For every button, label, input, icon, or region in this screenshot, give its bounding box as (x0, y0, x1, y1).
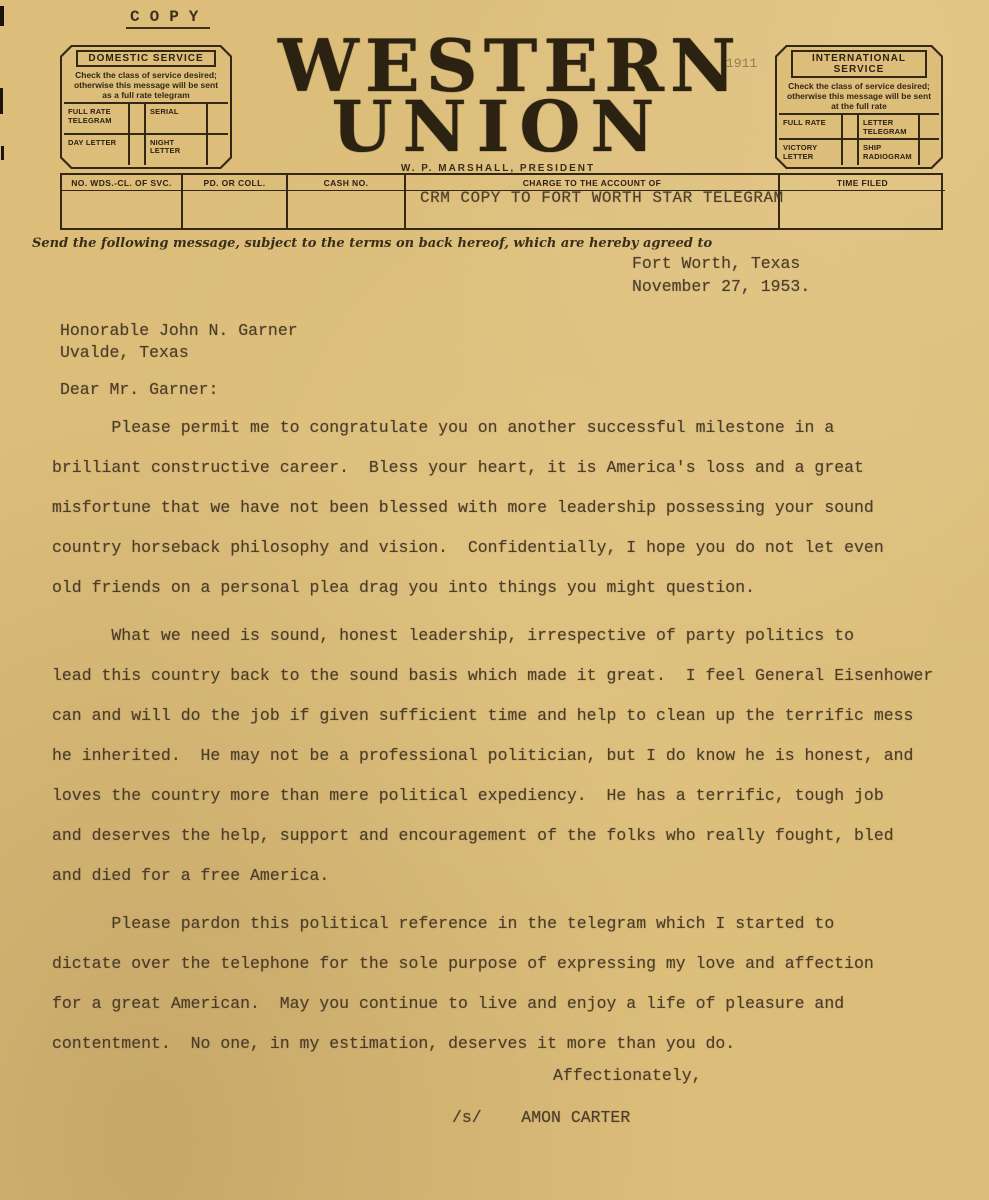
letter-line: he inherited. He may not be a profession… (52, 736, 933, 776)
letter-line: and deserves the help, support and encou… (52, 816, 933, 856)
recipient-city: Uvalde, Texas (60, 343, 189, 362)
check-cell (920, 140, 939, 165)
check-cell (208, 104, 228, 135)
check-cell (208, 135, 228, 166)
letter-line: loves the country more than mere politic… (52, 776, 933, 816)
letter-paragraph: Please pardon this political reference i… (52, 904, 933, 1064)
closing: Affectionately, (553, 1066, 702, 1085)
domestic-service-note: Check the class of service desired; othe… (62, 67, 230, 102)
domestic-service-options: FULL RATE TELEGRAM SERIAL DAY LETTER NIG… (64, 102, 228, 165)
letter-line: lead this country back to the sound basi… (52, 656, 933, 696)
letter-line: Please permit me to congratulate you on … (52, 408, 933, 448)
letter-line: Please pardon this political reference i… (52, 904, 933, 944)
letter-line: for a great American. May you continue t… (52, 984, 933, 1024)
international-service-note: Check the class of service desired; othe… (777, 78, 941, 113)
international-service-title: INTERNATIONAL SERVICE (791, 50, 927, 78)
international-service-options: FULL RATE LETTER TELEGRAM VICTORY LETTER… (779, 113, 939, 165)
option-letter-telegram: LETTER TELEGRAM (859, 115, 920, 140)
option-day-letter: DAY LETTER (64, 135, 130, 166)
col-header: NO. WDS.-CL. OF SVC. (62, 175, 181, 191)
domestic-service-panel: DOMESTIC SERVICE Check the class of serv… (60, 45, 232, 169)
option-night-letter: NIGHT LETTER (146, 135, 208, 166)
check-cell (843, 140, 859, 165)
col-header: TIME FILED (780, 175, 945, 191)
option-full-rate: FULL RATE (779, 115, 843, 140)
letter-line: brilliant constructive career. Bless you… (52, 448, 933, 488)
col-words-class: NO. WDS.-CL. OF SVC. (62, 175, 183, 228)
option-ship-radiogram: SHIP RADIOGRAM (859, 140, 920, 165)
edge-mark (0, 88, 3, 114)
check-cell (920, 115, 939, 140)
col-time-filed: TIME FILED (780, 175, 945, 228)
col-header: PD. OR COLL. (183, 175, 286, 191)
option-full-rate-telegram: FULL RATE TELEGRAM (64, 104, 130, 135)
check-cell (843, 115, 859, 140)
salutation: Dear Mr. Garner: (60, 380, 218, 399)
letter-line: country horseback philosophy and vision.… (52, 528, 933, 568)
check-cell (130, 104, 146, 135)
letter-line: What we need is sound, honest leadership… (52, 616, 933, 656)
domestic-service-title: DOMESTIC SERVICE (76, 50, 216, 67)
edge-mark (1, 146, 4, 160)
signature: /s/ AMON CARTER (452, 1108, 630, 1127)
date-line: November 27, 1953. (632, 277, 810, 296)
terms-line: Send the following message, subject to t… (32, 236, 712, 251)
letter-line: contentment. No one, in my estimation, d… (52, 1024, 933, 1064)
edge-mark (0, 6, 4, 26)
col-header: CASH NO. (288, 175, 404, 191)
option-victory-letter: VICTORY LETTER (779, 140, 843, 165)
check-cell (130, 135, 146, 166)
brand-union: UNION (278, 92, 718, 162)
option-serial: SERIAL (146, 104, 208, 135)
place-line: Fort Worth, Texas (632, 254, 800, 273)
letter-paragraph: What we need is sound, honest leadership… (52, 616, 933, 896)
letter-body: Please permit me to congratulate you on … (52, 408, 933, 1072)
letter-line: misfortune that we have not been blessed… (52, 488, 933, 528)
letter-paragraph: Please permit me to congratulate you on … (52, 408, 933, 608)
international-service-panel: INTERNATIONAL SERVICE Check the class of… (775, 45, 943, 169)
letter-line: can and will do the job if given suffici… (52, 696, 933, 736)
letter-line: and died for a free America. (52, 856, 933, 896)
col-paid-or-collect: PD. OR COLL. (183, 175, 288, 228)
col-cash-no: CASH NO. (288, 175, 406, 228)
dateline: Fort Worth, TexasNovember 27, 1953. (632, 252, 810, 298)
recipient-block: Honorable John N. GarnerUvalde, Texas (60, 320, 298, 364)
charge-account-value: CRM COPY TO FORT WORTH STAR TELEGRAM (420, 189, 784, 207)
routing-table: NO. WDS.-CL. OF SVC. PD. OR COLL. CASH N… (60, 173, 943, 230)
copy-label: COPY (126, 8, 210, 29)
letter-line: old friends on a personal plea drag you … (52, 568, 933, 608)
recipient-name: Honorable John N. Garner (60, 321, 298, 340)
col-charge-account: CHARGE TO THE ACCOUNT OF CRM COPY TO FOR… (406, 175, 780, 228)
letter-line: dictate over the telephone for the sole … (52, 944, 933, 984)
telegram-scan-page: COPY 1911 WESTERN UNION W. P. MARSHALL, … (0, 0, 989, 1200)
